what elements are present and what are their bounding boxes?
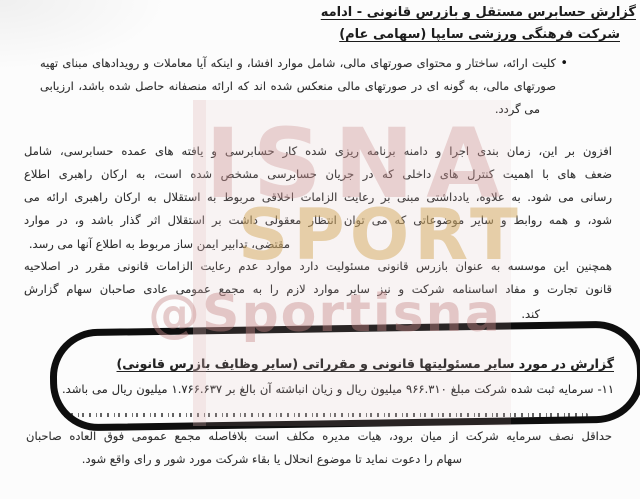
paragraph4-line1: حداقل نصف سرمایه شرکت از میان برود، هیات… xyxy=(26,428,612,446)
paragraph1-line3: می گردد. xyxy=(40,101,556,119)
annotation-circle xyxy=(49,320,640,431)
paragraph1-line1: کلیت ارائه، ساختار و محتوای صورتهای مالی… xyxy=(40,55,556,73)
scanned-audit-report-page: گزارش حسابرس مستقل و بازرس قانونی - ادام… xyxy=(0,0,640,499)
paragraph3-line1: همچنین این موسسه به عنوان بازرس قانونی م… xyxy=(24,258,612,276)
report-header-line2: شرکت فرهنگی ورزشی سایپا (سهامی عام) xyxy=(339,27,620,42)
paragraph2-line3: رسانی می شود. به علاوه، یادداشتی مبنی بر… xyxy=(24,189,612,207)
paragraph2-line2: ضعف های با اهمیت کنترل های داخلی که در ج… xyxy=(24,166,612,184)
bullet-icon: • xyxy=(560,58,568,70)
paragraph4-line2: سهام را دعوت نماید تا موضوع انحلال یا بق… xyxy=(26,451,612,469)
circled-section-heading: گزارش در مورد سایر مسئولیتها قانونی و مق… xyxy=(117,356,614,371)
report-header-line1: گزارش حسابرس مستقل و بازرس قانونی - ادام… xyxy=(321,5,636,20)
paragraph1-line2: صورتهای مالی، به گونه ای در صورتهای مالی… xyxy=(40,78,556,96)
paragraph2-line5: مقتضی، تدابیر ایمن ساز مربوط به اطلاع آن… xyxy=(24,236,612,254)
paragraph2-line1: افزون بر این، زمان بندی اجرا و دامنه برن… xyxy=(24,143,612,161)
item-11-text: ۱۱- سرمایه ثبت شده شرکت مبلغ ۹۶۶.۳۱۰ میل… xyxy=(62,381,614,399)
paragraph3-line2: قانون تجارت و مفاد اساسنامه شرکت و نیز س… xyxy=(24,281,612,299)
paragraph2-line4: شود، و همه روابط و سایر موضوعاتی که می ت… xyxy=(24,212,612,230)
